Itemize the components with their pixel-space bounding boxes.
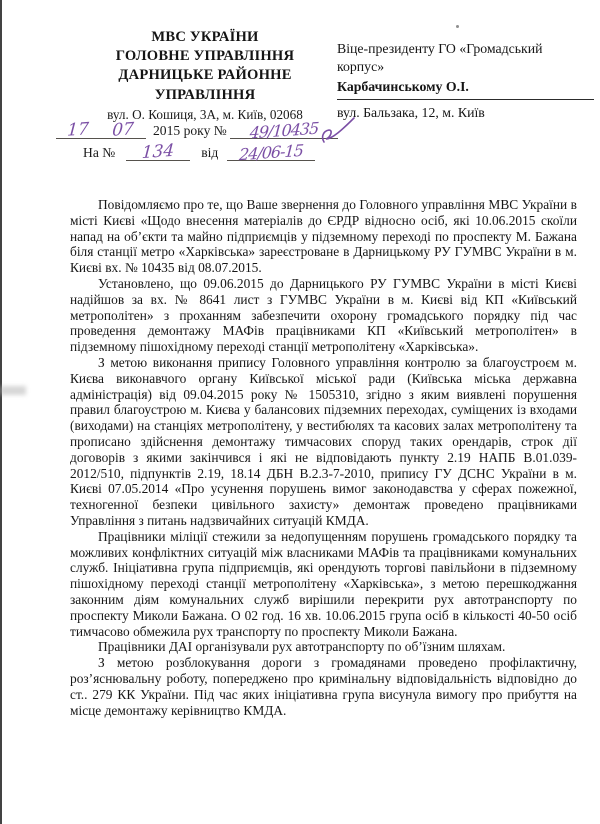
incoming-na-label: На № <box>80 145 118 161</box>
sender-org-block: МВС УКРАЇНИ ГОЛОВНЕ УПРАВЛІННЯ ДАРНИЦЬКЕ… <box>60 28 350 123</box>
recipient-block: Віце-президенту ГО «Громадський корпус» … <box>337 40 594 122</box>
recipient-name: Карбачинському О.І. <box>337 78 594 100</box>
handwritten-incoming-date: 24/06-15 <box>227 140 316 165</box>
scan-speck <box>456 25 459 28</box>
incoming-vid-label: від <box>198 145 221 161</box>
org-name-line-1: МВС УКРАЇНИ <box>60 28 350 47</box>
handwritten-day: 17 <box>55 118 100 141</box>
letter-body: Повідомляємо про те, що Ваше звернення д… <box>70 197 577 718</box>
recipient-title-line-2: корпус» <box>337 58 594 76</box>
incoming-date-blank: 24/06-15 <box>227 143 315 161</box>
outgoing-number-label: 2015 року № <box>150 123 230 139</box>
paragraph-5: Працівники ДАІ організували рух автотран… <box>70 639 577 655</box>
recipient-title-line-1: Віце-президенту ГО «Громадський <box>337 40 594 58</box>
scan-left-edge-line <box>0 0 2 824</box>
date-month-blank: 07 <box>100 121 146 139</box>
recipient-address: вул. Бальзака, 12, м. Київ <box>337 104 594 122</box>
org-name-line-4: УПРАВЛІННЯ <box>60 86 350 105</box>
paragraph-3: З метою виконання припису Головного упра… <box>70 355 577 529</box>
incoming-number-blank: 134 <box>126 143 190 161</box>
org-name-line-3: ДАРНИЦЬКЕ РАЙОННЕ <box>60 66 350 85</box>
date-day-blank: 17 <box>56 121 100 139</box>
org-name-line-2: ГОЛОВНЕ УПРАВЛІННЯ <box>60 47 350 66</box>
handwritten-incoming-number: 134 <box>126 140 191 165</box>
paragraph-6: З метою розблокування дороги з громадяна… <box>70 655 577 718</box>
handwritten-month: 07 <box>99 118 146 141</box>
paragraph-2: Установлено, що 09.06.2015 до Дарницьког… <box>70 276 577 355</box>
scanned-letter-page: МВС УКРАЇНИ ГОЛОВНЕ УПРАВЛІННЯ ДАРНИЦЬКЕ… <box>0 0 600 824</box>
paragraph-1: Повідомляємо про те, що Ваше звернення д… <box>70 197 577 276</box>
pen-mark <box>320 112 358 146</box>
paragraph-4: Працівники міліції стежили за недопущенн… <box>70 529 577 640</box>
scan-smudge <box>0 386 26 395</box>
